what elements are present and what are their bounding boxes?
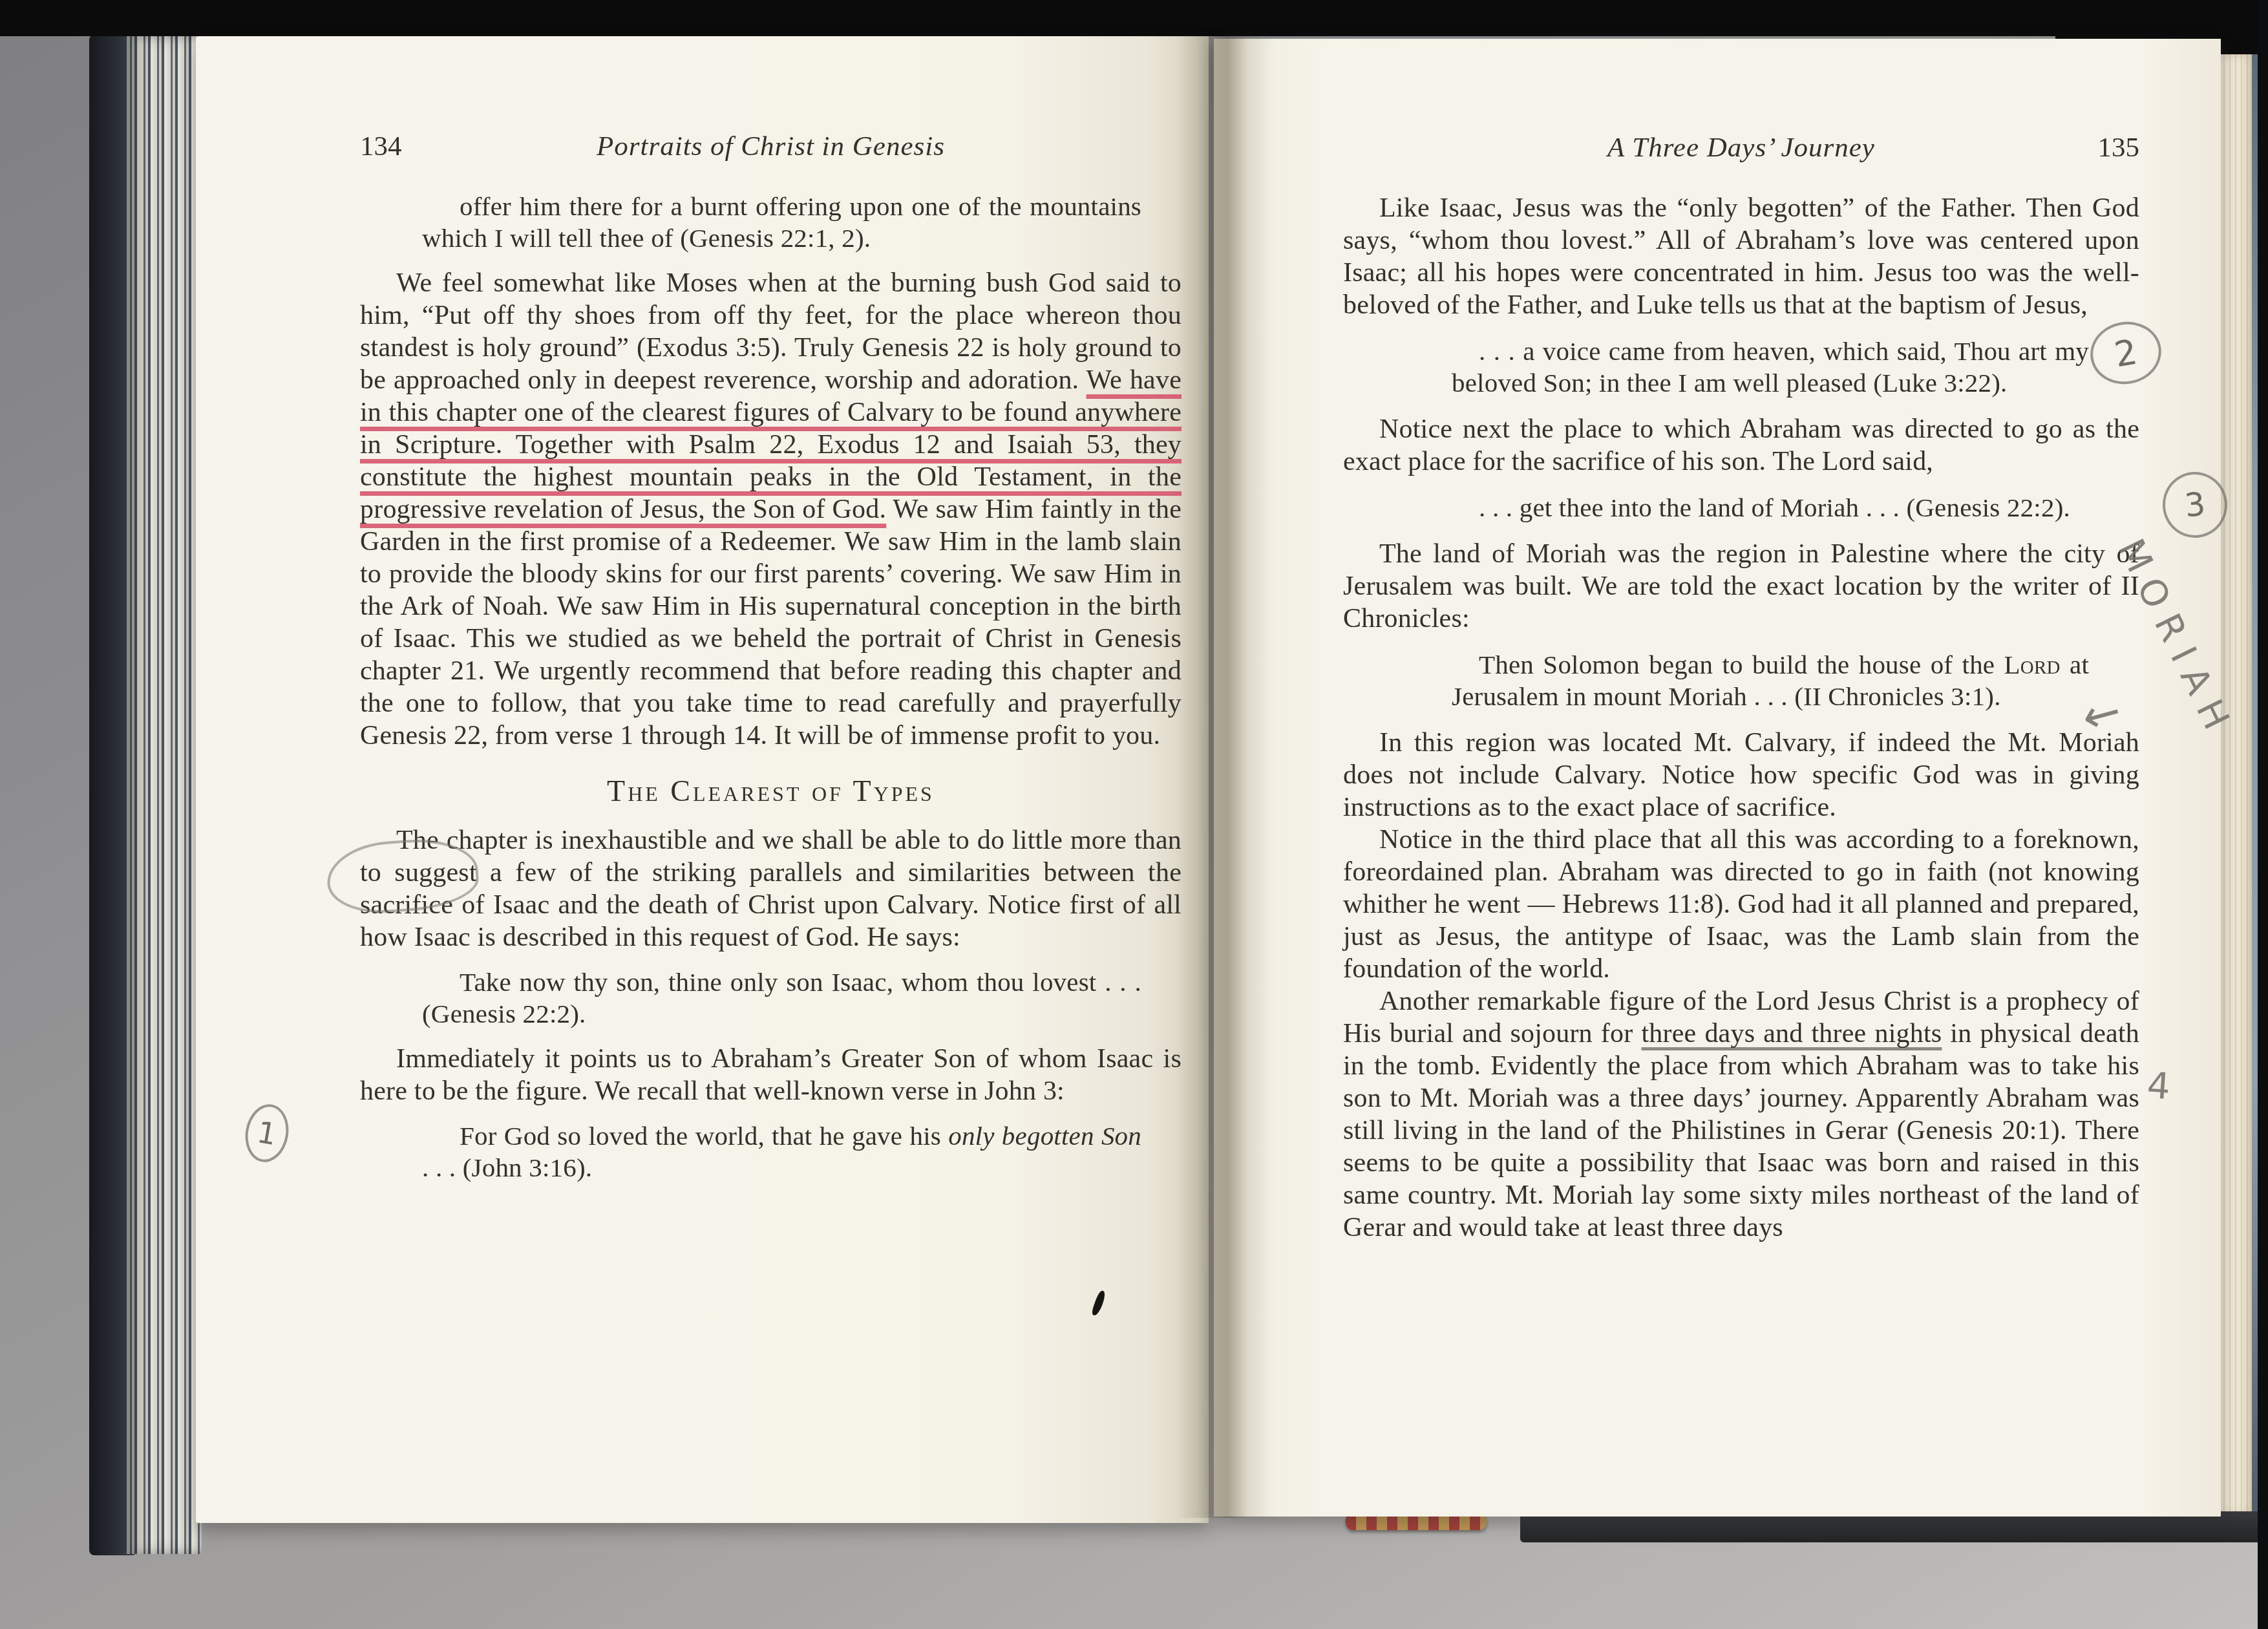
section-heading: The Clearest of Types — [360, 775, 1182, 807]
text-run: . . . (John 3:16). — [422, 1153, 592, 1182]
scan-background-top — [0, 0, 2268, 36]
scan-background-right — [2258, 0, 2268, 1629]
pencil-underlined-text: three days and three nights — [1641, 1019, 1942, 1049]
paragraph: Another remarkable figure of the Lord Je… — [1343, 985, 2139, 1244]
paragraph: We feel somewhat like Moses when at the … — [360, 267, 1182, 752]
block-quote-genesis-22-2: . . . get thee into the land of Moriah .… — [1452, 492, 2089, 524]
running-title: A Three Days’ Journey — [1427, 132, 2055, 164]
paragraph: Notice next the place to which Abraham w… — [1343, 413, 2139, 478]
left-page-edge-stack — [127, 36, 202, 1554]
paragraph: In this region was located Mt. Calvary, … — [1343, 727, 2139, 824]
left-page-text: offer him there for a burnt offering upo… — [360, 191, 1182, 1184]
page-135: A Three Days’ Journey 135 Like Isaac, Je… — [1214, 39, 2221, 1517]
paragraph: Like Isaac, Jesus was the “only begotten… — [1343, 192, 2139, 321]
paragraph: Notice in the third place that all this … — [1343, 824, 2139, 985]
block-quote-genesis-22: offer him there for a burnt offering upo… — [422, 191, 1141, 254]
text-run: Then Solomon began to build the house of… — [1479, 650, 2004, 679]
block-quote-john-3-16: For God so loved the world, that he gave… — [422, 1120, 1141, 1184]
small-caps-lord: Lord — [2004, 650, 2061, 679]
paragraph: Immediately it points us to Abraham’s Gr… — [360, 1043, 1182, 1107]
right-page-header: A Three Days’ Journey 135 — [1343, 132, 2139, 164]
paragraph: The chapter is inexhaustible and we shal… — [360, 824, 1182, 953]
right-page-text: Like Isaac, Jesus was the “only begotten… — [1343, 192, 2139, 1244]
paragraph: The land of Moriah was the region in Pal… — [1343, 538, 2139, 635]
page-number: 134 — [360, 131, 444, 162]
left-page-header: 134 Portraits of Christ in Genesis — [360, 131, 1182, 162]
running-title: Portraits of Christ in Genesis — [444, 131, 1097, 162]
text-run: We saw Him faintly in the Garden in the … — [360, 495, 1182, 751]
block-quote-2-chronicles-3-1: Then Solomon began to build the house of… — [1452, 649, 2089, 712]
page-134: 134 Portraits of Christ in Genesis offer… — [196, 36, 1209, 1523]
text-run: For God so loved the world, that he gave… — [460, 1121, 948, 1151]
block-quote-luke-3-22: . . . a voice came from heaven, which sa… — [1452, 335, 2089, 399]
block-quote-genesis-22-2: Take now thy son, thine only son Isaac, … — [422, 966, 1141, 1030]
italic-text: only begotten Son — [948, 1121, 1141, 1151]
text-run: We feel somewhat like Moses when at the … — [360, 268, 1182, 395]
page-number: 135 — [2055, 132, 2139, 164]
text-run: in physical death in the tomb. Evidently… — [1343, 1019, 2139, 1242]
